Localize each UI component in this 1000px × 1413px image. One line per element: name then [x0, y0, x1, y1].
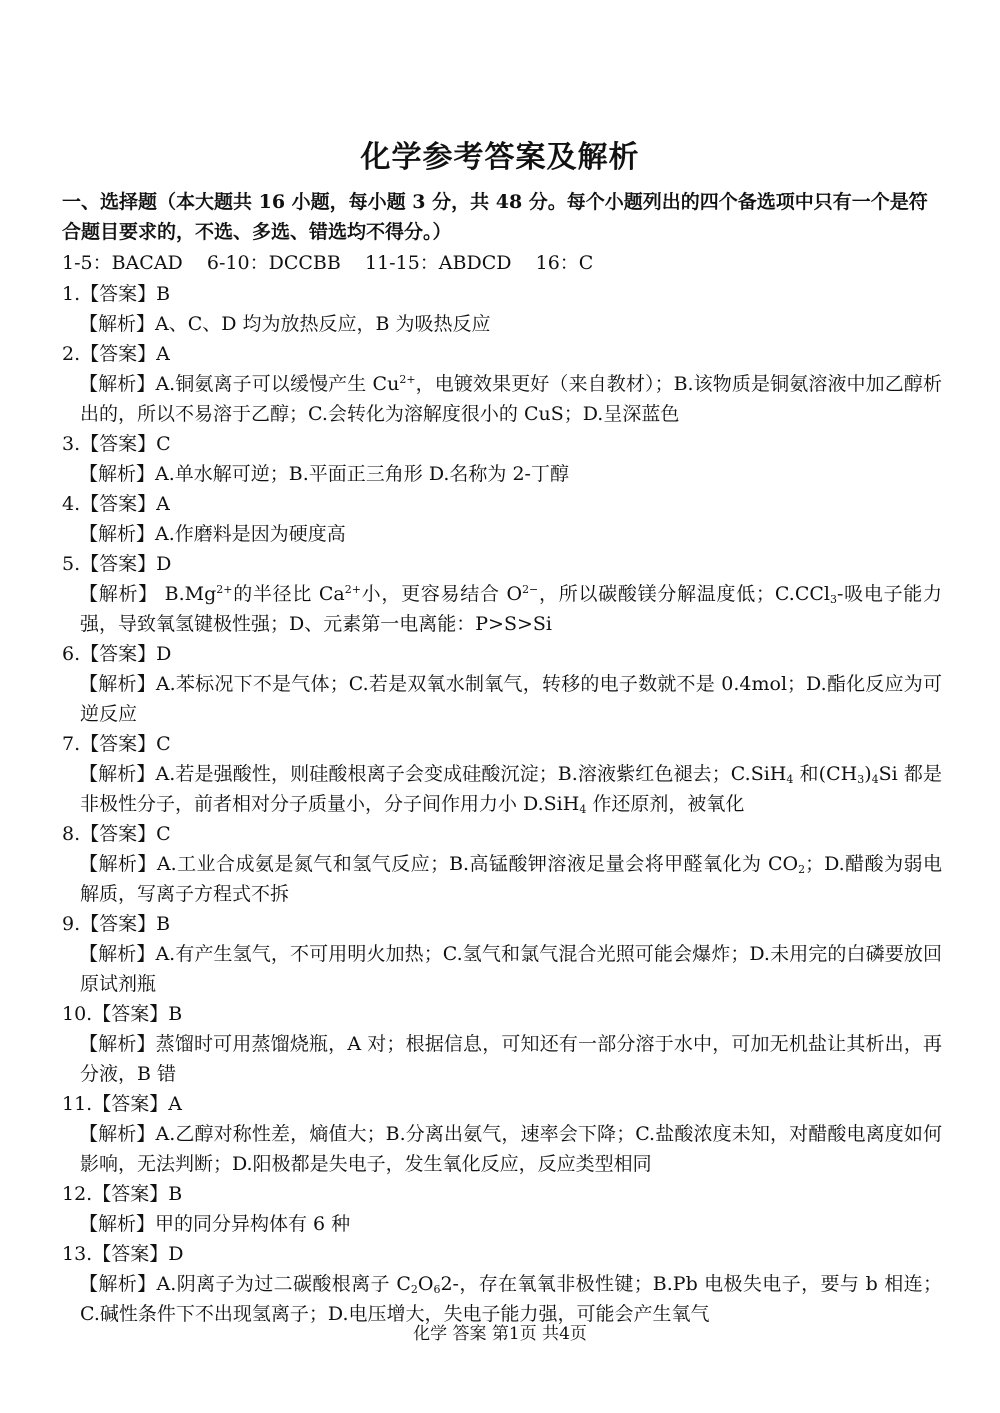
question-number: 4. [62, 493, 80, 515]
question-number: 1. [62, 283, 80, 305]
explanation-label: 【解析】 [79, 463, 155, 485]
explanation: 【解析】A.工业合成氨是氮气和氢气反应；B.高锰酸钾溶液足量会将甲醛氧化为 CO… [62, 849, 942, 909]
answer-item: 7.【答案】C 【解析】A.若是强酸性，则硅酸根离子会变成硅酸沉淀；B.溶液紫红… [62, 729, 942, 819]
question-number: 11. [62, 1093, 92, 1115]
explanation-text: A.若是强酸性，则硅酸根离子会变成硅酸沉淀；B.溶液紫红色褪去；C.SiH4 和… [80, 763, 942, 815]
answer-sheet-page: 化学参考答案及解析 一、选择题（本大题共 16 小题，每小题 3 分，共 48 … [0, 0, 1000, 1413]
answer-value: D [168, 1243, 183, 1265]
question-number: 12. [62, 1183, 92, 1205]
answer-item: 8.【答案】C 【解析】A.工业合成氨是氮气和氢气反应；B.高锰酸钾溶液足量会将… [62, 819, 942, 909]
answer-value: D [156, 553, 171, 575]
answer-item: 12.【答案】B 【解析】甲的同分异构体有 6 种 [62, 1179, 942, 1239]
answer-label: 【答案】 [92, 1183, 168, 1205]
question-number: 6. [62, 643, 80, 665]
answer-label: 【答案】 [80, 913, 156, 935]
answer-line: 6.【答案】D [62, 639, 942, 669]
explanation: 【解析】蒸馏时可用蒸馏烧瓶，A 对；根据信息，可知还有一部分溶于水中，可加无机盐… [62, 1029, 942, 1089]
question-number: 9. [62, 913, 80, 935]
explanation: 【解析】A.若是强酸性，则硅酸根离子会变成硅酸沉淀；B.溶液紫红色褪去；C.Si… [62, 759, 942, 819]
answer-line: 11.【答案】A [62, 1089, 942, 1119]
answer-value: C [156, 823, 171, 845]
answer-value: C [156, 733, 171, 755]
explanation-text: A.乙醇对称性差，熵值大；B.分离出氨气，速率会下降；C.盐酸浓度未知，对醋酸电… [80, 1123, 942, 1175]
explanation-text: A.铜氨离子可以缓慢产生 Cu2+，电镀效果更好（来自教材）；B.该物质是铜氨溶… [80, 373, 942, 425]
answer-line: 10.【答案】B [62, 999, 942, 1029]
answer-label: 【答案】 [80, 643, 156, 665]
explanation-label: 【解析】 [79, 523, 155, 545]
answer-value: A [156, 493, 170, 515]
answer-item: 6.【答案】D 【解析】A.苯标况下不是气体；C.若是双氧水制氧气，转移的电子数… [62, 639, 942, 729]
answer-item: 13.【答案】D 【解析】A.阴离子为过二碳酸根离子 C2O62-，存在氧氧非极… [62, 1239, 942, 1329]
answer-item: 9.【答案】B 【解析】A.有产生氢气，不可用明火加热；C.氢气和氯气混合光照可… [62, 909, 942, 999]
answer-value: B [168, 1003, 182, 1025]
answer-line: 3.【答案】C [62, 429, 942, 459]
answer-label: 【答案】 [80, 823, 156, 845]
explanation-text: 蒸馏时可用蒸馏烧瓶，A 对；根据信息，可知还有一部分溶于水中，可加无机盐让其析出… [80, 1033, 942, 1085]
answer-list: 1.【答案】B 【解析】A、C、D 均为放热反应，B 为吸热反应 2.【答案】A… [62, 279, 942, 1329]
answer-item: 11.【答案】A 【解析】A.乙醇对称性差，熵值大；B.分离出氨气，速率会下降；… [62, 1089, 942, 1179]
answer-item: 10.【答案】B 【解析】蒸馏时可用蒸馏烧瓶，A 对；根据信息，可知还有一部分溶… [62, 999, 942, 1089]
answer-line: 4.【答案】A [62, 489, 942, 519]
answer-line: 9.【答案】B [62, 909, 942, 939]
answer-value: A [156, 343, 170, 365]
explanation-text: B.Mg2+的半径比 Ca2+小，更容易结合 O2−，所以碳酸镁分解温度低；C.… [80, 583, 942, 635]
question-number: 2. [62, 343, 80, 365]
answer-value: D [156, 643, 171, 665]
page-title: 化学参考答案及解析 [0, 138, 1000, 178]
answer-line: 1.【答案】B [62, 279, 942, 309]
explanation: 【解析】A.苯标况下不是气体；C.若是双氧水制氧气，转移的电子数就不是 0.4m… [62, 669, 942, 729]
explanation-text: A.苯标况下不是气体；C.若是双氧水制氧气，转移的电子数就不是 0.4mol；D… [80, 673, 942, 725]
explanation: 【解析】A.乙醇对称性差，熵值大；B.分离出氨气，速率会下降；C.盐酸浓度未知，… [62, 1119, 942, 1179]
answer-label: 【答案】 [80, 433, 156, 455]
explanation-label: 【解析】 [79, 1213, 155, 1235]
explanation-text: A.单水解可逆；B.平面正三角形 D.名称为 2-丁醇 [155, 463, 569, 485]
answer-label: 【答案】 [80, 733, 156, 755]
answer-label: 【答案】 [80, 493, 156, 515]
question-number: 8. [62, 823, 80, 845]
question-number: 10. [62, 1003, 92, 1025]
answer-item: 1.【答案】B 【解析】A、C、D 均为放热反应，B 为吸热反应 [62, 279, 942, 339]
answer-value: C [156, 433, 171, 455]
explanation-text: 甲的同分异构体有 6 种 [155, 1213, 350, 1235]
explanation: 【解析】A、C、D 均为放热反应，B 为吸热反应 [62, 309, 942, 339]
answer-value: B [156, 913, 170, 935]
question-number: 7. [62, 733, 80, 755]
explanation-label: 【解析】 [79, 1273, 157, 1295]
answer-label: 【答案】 [80, 283, 156, 305]
explanation: 【解析】A.作磨料是因为硬度高 [62, 519, 942, 549]
explanation: 【解析】A.阴离子为过二碳酸根离子 C2O62-，存在氧氧非极性键；B.Pb 电… [62, 1269, 942, 1329]
explanation-label: 【解析】 [79, 313, 155, 335]
explanation-text: A、C、D 均为放热反应，B 为吸热反应 [155, 313, 491, 335]
answer-value: B [168, 1183, 182, 1205]
question-number: 3. [62, 433, 80, 455]
answer-line: 8.【答案】C [62, 819, 942, 849]
explanation-label: 【解析】 [79, 763, 156, 785]
answer-line: 12.【答案】B [62, 1179, 942, 1209]
answer-label: 【答案】 [80, 553, 156, 575]
explanation: 【解析】A.铜氨离子可以缓慢产生 Cu2+，电镀效果更好（来自教材）；B.该物质… [62, 369, 942, 429]
explanation-text: A.阴离子为过二碳酸根离子 C2O62-，存在氧氧非极性键；B.Pb 电极失电子… [80, 1273, 942, 1325]
explanation: 【解析】A.单水解可逆；B.平面正三角形 D.名称为 2-丁醇 [62, 459, 942, 489]
question-number: 13. [62, 1243, 92, 1265]
page-footer: 化学 答案 第1页 共4页 [0, 1322, 1000, 1346]
answer-label: 【答案】 [92, 1093, 168, 1115]
explanation-text: A.有产生氢气，不可用明火加热；C.氢气和氯气混合光照可能会爆炸；D.未用完的白… [80, 943, 942, 995]
explanation: 【解析】 B.Mg2+的半径比 Ca2+小，更容易结合 O2−，所以碳酸镁分解温… [62, 579, 942, 639]
answer-value: A [168, 1093, 182, 1115]
answer-summary: 1-5：BACAD 6-10：DCCBB 11-15：ABDCD 16：C [62, 249, 942, 277]
explanation: 【解析】A.有产生氢气，不可用明火加热；C.氢气和氯气混合光照可能会爆炸；D.未… [62, 939, 942, 999]
answer-value: B [156, 283, 170, 305]
section-heading: 一、选择题（本大题共 16 小题，每小题 3 分，共 48 分。每个小题列出的四… [62, 187, 942, 247]
explanation-label: 【解析】 [79, 1123, 156, 1145]
answer-item: 3.【答案】C 【解析】A.单水解可逆；B.平面正三角形 D.名称为 2-丁醇 [62, 429, 942, 489]
answer-line: 5.【答案】D [62, 549, 942, 579]
explanation-text: A.工业合成氨是氮气和氢气反应；B.高锰酸钾溶液足量会将甲醛氧化为 CO2；D.… [80, 853, 942, 905]
answer-label: 【答案】 [80, 343, 156, 365]
answer-item: 5.【答案】D 【解析】 B.Mg2+的半径比 Ca2+小，更容易结合 O2−，… [62, 549, 942, 639]
explanation-label: 【解析】 [79, 853, 157, 875]
question-number: 5. [62, 553, 80, 575]
explanation-label: 【解析】 [79, 673, 156, 695]
explanation: 【解析】甲的同分异构体有 6 种 [62, 1209, 942, 1239]
explanation-text: A.作磨料是因为硬度高 [155, 523, 346, 545]
answer-label: 【答案】 [92, 1003, 168, 1025]
answer-label: 【答案】 [92, 1243, 168, 1265]
answer-item: 4.【答案】A 【解析】A.作磨料是因为硬度高 [62, 489, 942, 549]
explanation-label: 【解析】 [79, 943, 155, 965]
answer-line: 13.【答案】D [62, 1239, 942, 1269]
answer-item: 2.【答案】A 【解析】A.铜氨离子可以缓慢产生 Cu2+，电镀效果更好（来自教… [62, 339, 942, 429]
answer-line: 2.【答案】A [62, 339, 942, 369]
explanation-label: 【解析】 [79, 583, 158, 605]
explanation-label: 【解析】 [79, 1033, 156, 1055]
answer-line: 7.【答案】C [62, 729, 942, 759]
explanation-label: 【解析】 [79, 373, 155, 395]
